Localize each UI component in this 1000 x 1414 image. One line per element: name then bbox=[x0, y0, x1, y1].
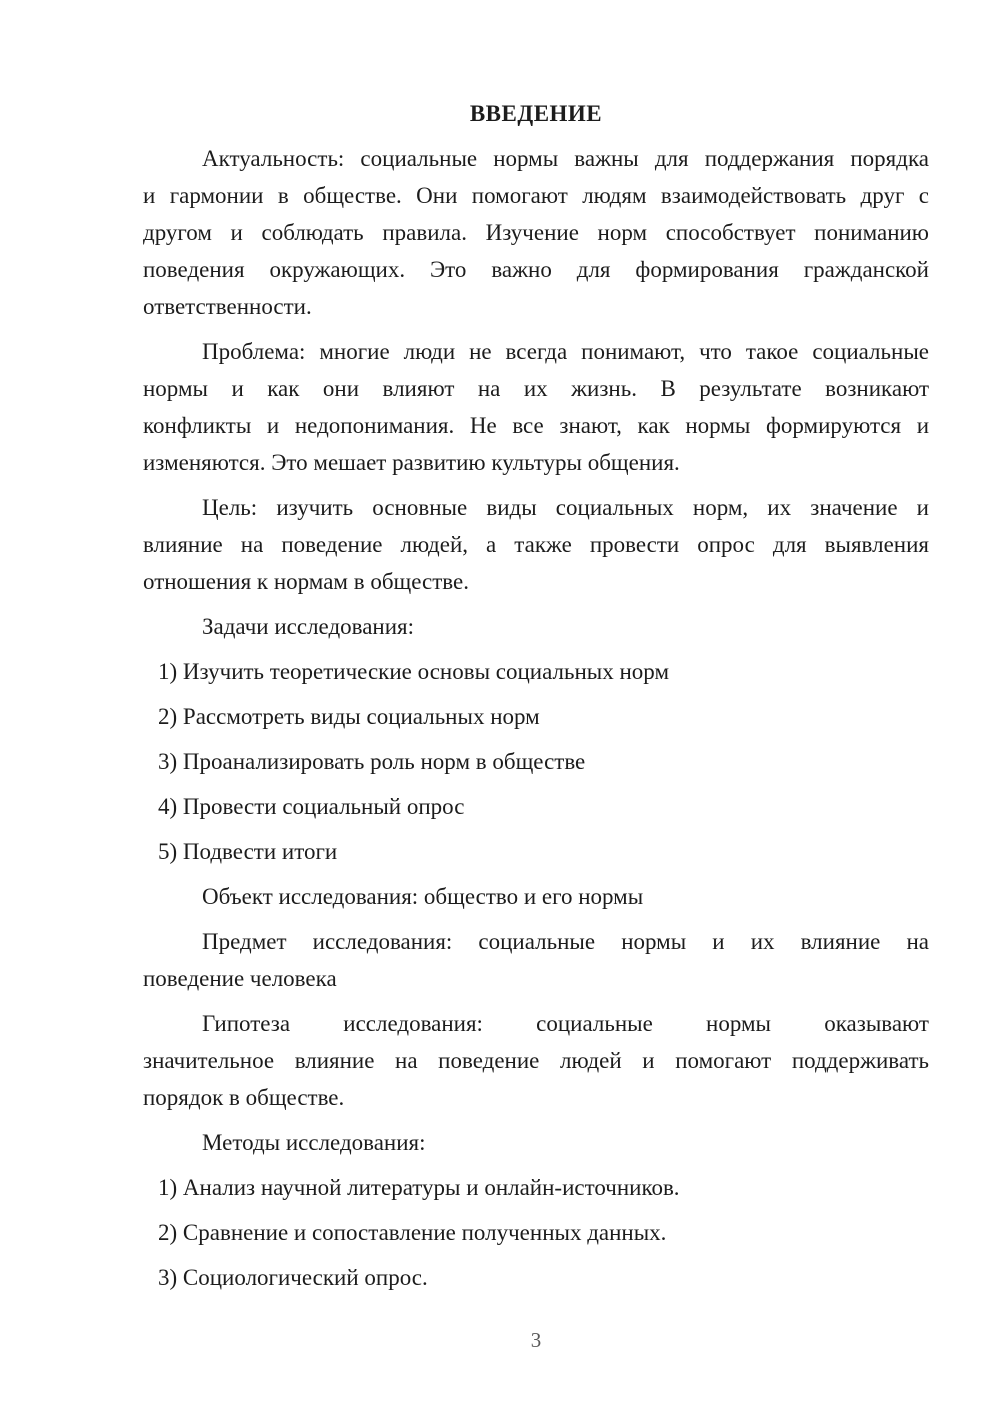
list-item: 3) Социологический опрос. bbox=[143, 1259, 929, 1296]
paragraph-line: Актуальность: социальные нормы важны для… bbox=[143, 140, 929, 177]
page-title: ВВЕДЕНИЕ bbox=[143, 95, 929, 132]
paragraph-line: порядок в обществе. bbox=[143, 1079, 929, 1116]
list-item-line: 4) Провести социальный опрос bbox=[143, 788, 929, 825]
paragraph-line: нормы и как они влияют на их жизнь. В ре… bbox=[143, 370, 929, 407]
paragraph-line: Задачи исследования: bbox=[143, 608, 929, 645]
paragraph: Цель: изучить основные виды социальных н… bbox=[143, 489, 929, 600]
paragraph-line: Проблема: многие люди не всегда понимают… bbox=[143, 333, 929, 370]
paragraph: Объект исследования: общество и его норм… bbox=[143, 878, 929, 915]
list-item: 2) Сравнение и сопоставление полученных … bbox=[143, 1214, 929, 1251]
list-item-line: 2) Рассмотреть виды социальных норм bbox=[143, 698, 929, 735]
paragraph-line: и гармонии в обществе. Они помогают людя… bbox=[143, 177, 929, 214]
list-item: 5) Подвести итоги bbox=[143, 833, 929, 870]
list-item-line: 1) Анализ научной литературы и онлайн-ис… bbox=[143, 1169, 929, 1206]
list-item: 2) Рассмотреть виды социальных норм bbox=[143, 698, 929, 735]
paragraph: Предмет исследования: социальные нормы и… bbox=[143, 923, 929, 997]
paragraph-line: поведения окружающих. Это важно для форм… bbox=[143, 251, 929, 288]
document-page: ВВЕДЕНИЕ Актуальность: социальные нормы … bbox=[0, 0, 1000, 1414]
paragraph-line: конфликты и недопонимания. Не все знают,… bbox=[143, 407, 929, 444]
list-item-line: 3) Социологический опрос. bbox=[143, 1259, 929, 1296]
list-item-line: 1) Изучить теоретические основы социальн… bbox=[143, 653, 929, 690]
paragraph-line: Объект исследования: общество и его норм… bbox=[143, 878, 929, 915]
paragraph-line: Гипотеза исследования: социальные нормы … bbox=[143, 1005, 929, 1042]
list-item: 3) Проанализировать роль норм в обществе bbox=[143, 743, 929, 780]
paragraph-line: другом и соблюдать правила. Изучение нор… bbox=[143, 214, 929, 251]
paragraph-line: ответственности. bbox=[143, 288, 929, 325]
page-footer: 3 bbox=[143, 1322, 929, 1359]
paragraph-line: поведение человека bbox=[143, 960, 929, 997]
paragraph: Гипотеза исследования: социальные нормы … bbox=[143, 1005, 929, 1116]
list-item-line: 3) Проанализировать роль норм в обществе bbox=[143, 743, 929, 780]
list-item: 1) Изучить теоретические основы социальн… bbox=[143, 653, 929, 690]
paragraph: Актуальность: социальные нормы важны для… bbox=[143, 140, 929, 325]
paragraph-line: значительное влияние на поведение людей … bbox=[143, 1042, 929, 1079]
paragraph: Методы исследования: bbox=[143, 1124, 929, 1161]
document-content: Актуальность: социальные нормы важны для… bbox=[143, 140, 929, 1296]
paragraph-line: отношения к нормам в обществе. bbox=[143, 563, 929, 600]
list-item-line: 2) Сравнение и сопоставление полученных … bbox=[143, 1214, 929, 1251]
paragraph-line: влияние на поведение людей, а также пров… bbox=[143, 526, 929, 563]
list-item: 1) Анализ научной литературы и онлайн-ис… bbox=[143, 1169, 929, 1206]
paragraph: Задачи исследования: bbox=[143, 608, 929, 645]
list-item: 4) Провести социальный опрос bbox=[143, 788, 929, 825]
paragraph-line: Методы исследования: bbox=[143, 1124, 929, 1161]
page-number: 3 bbox=[531, 1328, 542, 1352]
paragraph-line: Предмет исследования: социальные нормы и… bbox=[143, 923, 929, 960]
paragraph-line: Цель: изучить основные виды социальных н… bbox=[143, 489, 929, 526]
paragraph-line: изменяются. Это мешает развитию культуры… bbox=[143, 444, 929, 481]
paragraph: Проблема: многие люди не всегда понимают… bbox=[143, 333, 929, 481]
list-item-line: 5) Подвести итоги bbox=[143, 833, 929, 870]
